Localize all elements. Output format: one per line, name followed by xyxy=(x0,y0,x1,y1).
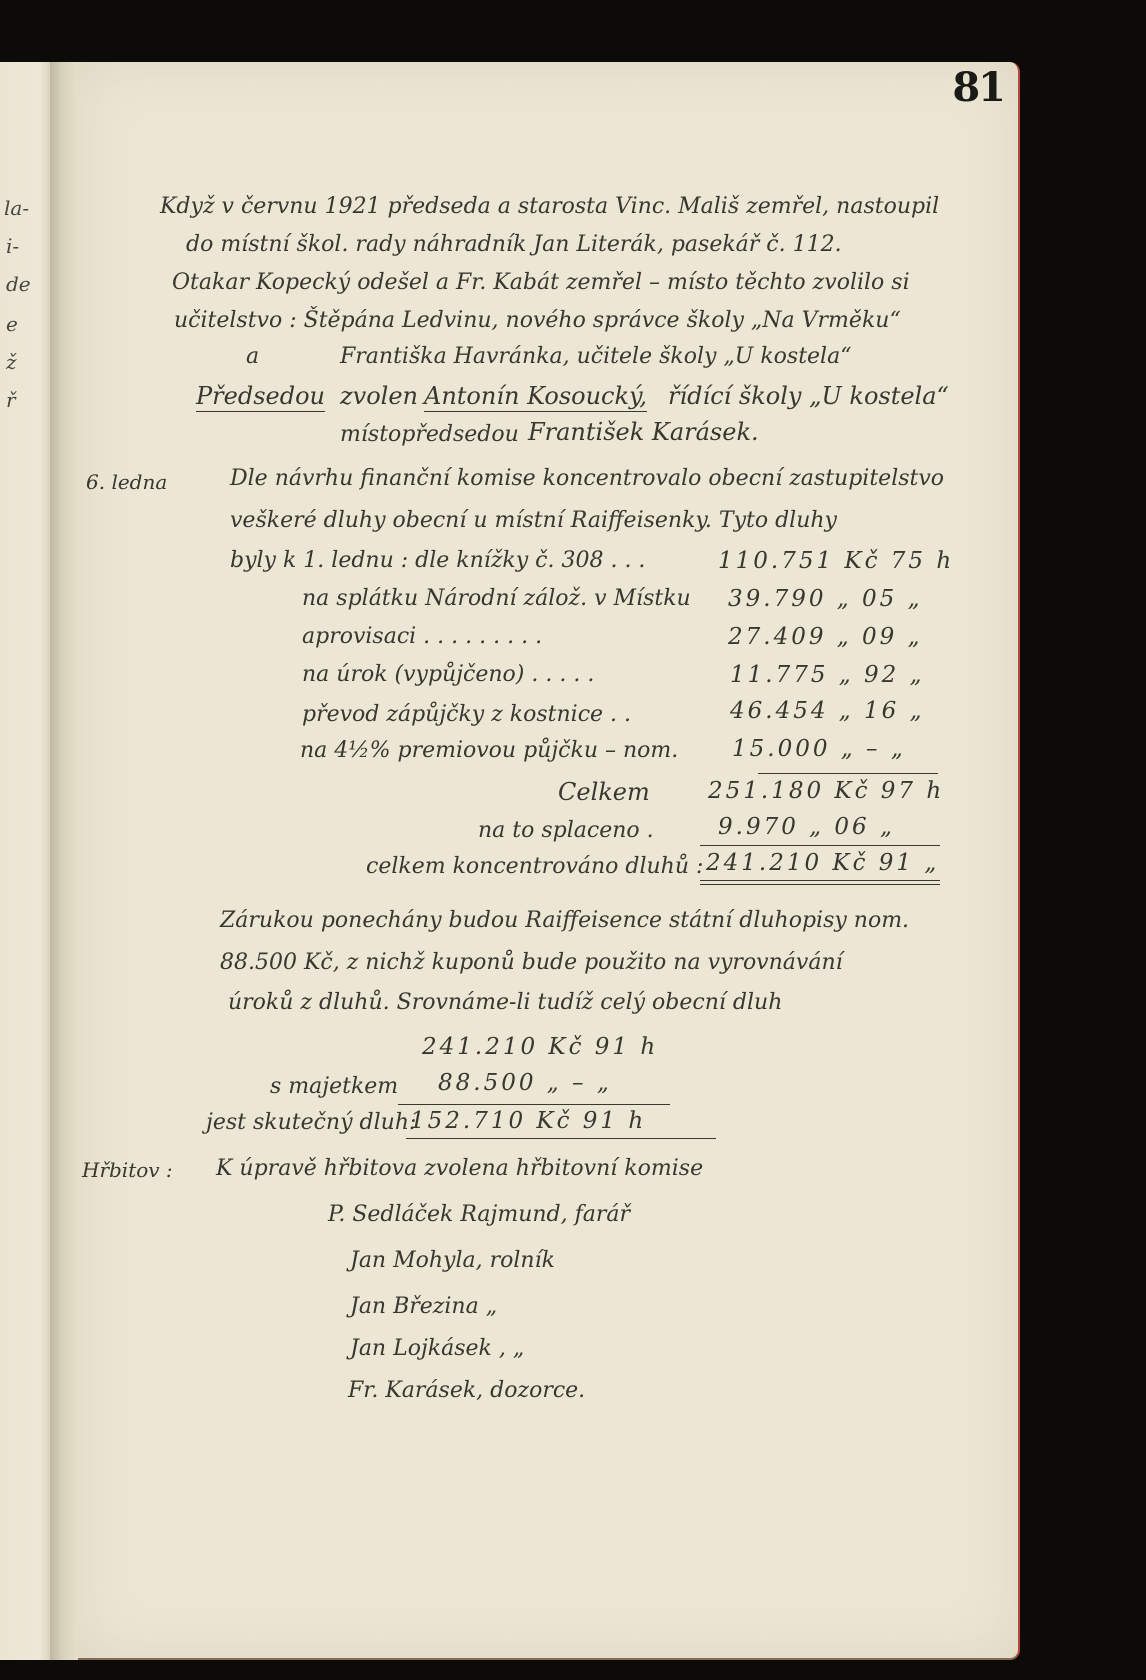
actual-debt-label: jest skutečný dluh: xyxy=(206,1110,416,1135)
left-fragment: i- xyxy=(6,234,19,258)
sum-rule xyxy=(758,773,938,774)
debt-amount: 15.000 „ – „ xyxy=(732,736,906,762)
debt-amount: 39.790 „ 05 „ xyxy=(728,586,923,612)
total-amount: 251.180 Kč 97 h xyxy=(708,778,944,804)
sum-rule xyxy=(398,1104,670,1105)
sum-rule xyxy=(700,880,940,881)
text-line: učitelstvo : Štěpána Ledvinu, nového spr… xyxy=(174,308,901,333)
text-line: Otakar Kopecký odešel a Fr. Kabát zemřel… xyxy=(172,270,910,295)
debt-item-label: převod zápůjčky z kostnice . . xyxy=(302,702,631,727)
margin-cemetery: Hřbitov : xyxy=(82,1158,173,1182)
committee-member: Jan Březina „ xyxy=(350,1294,497,1319)
chairman-label: Předsedou xyxy=(196,382,325,412)
left-fragment: e xyxy=(6,312,18,336)
debt-item-label: na úrok (vypůjčeno) . . . . . xyxy=(302,662,594,687)
left-fragment: la- xyxy=(4,196,29,220)
calc-debt: 241.210 Kč 91 h xyxy=(422,1034,658,1060)
text-line: úroků z dluhů. Srovnáme-li tudíž celý ob… xyxy=(228,990,782,1015)
sum-rule xyxy=(700,884,940,885)
text-line: Dle návrhu finanční komise koncentrovalo… xyxy=(230,466,944,491)
debt-item-label: na 4½% premiovou půjčku – nom. xyxy=(300,738,678,763)
left-fragment: ž xyxy=(6,350,17,374)
committee-member: P. Sedláček Rajmund, farář xyxy=(328,1202,630,1227)
margin-date: 6. ledna xyxy=(86,470,167,494)
committee-member: Fr. Karásek, dozorce. xyxy=(348,1378,585,1403)
assets-amount: 88.500 „ – „ xyxy=(438,1070,612,1096)
text-line: byly k 1. lednu : dle knížky č. 308 . . … xyxy=(230,548,645,573)
text-line: Když v červnu 1921 předseda a starosta V… xyxy=(160,194,939,219)
committee-member: Jan Mohyla, rolník xyxy=(350,1248,555,1273)
text-line: a xyxy=(246,344,259,369)
total-label: Celkem xyxy=(558,778,650,806)
chairman-role: řídící školy „U kostela“ xyxy=(668,382,949,410)
committee-member: Jan Lojkásek , „ xyxy=(350,1336,524,1361)
concentrated-amount: 241.210 Kč 91 „ xyxy=(706,850,939,876)
document-page: 81 Když v červnu 1921 předseda a starost… xyxy=(78,62,1020,1660)
text-line: K úpravě hřbitova zvolena hřbitovní komi… xyxy=(216,1156,703,1181)
concentrated-label: celkem koncentrováno dluhů : xyxy=(366,854,703,879)
left-fragment: de xyxy=(6,272,31,296)
sum-rule xyxy=(700,845,940,846)
vice-chairman-name: František Karásek. xyxy=(528,418,759,446)
book-gutter xyxy=(50,62,80,1660)
debt-item-label: na splátku Národní zálož. v Místku xyxy=(302,586,691,611)
debt-amount: 46.454 „ 16 „ xyxy=(730,698,925,724)
left-fragment: ř xyxy=(6,388,16,412)
vice-chairman-label: místopředsedou xyxy=(340,422,519,447)
text-line: Františka Havránka, učitele školy „U kos… xyxy=(340,344,851,369)
actual-debt-amount: 152.710 Kč 91 h xyxy=(410,1108,646,1134)
text-line: veškeré dluhy obecní u místní Raiffeisen… xyxy=(230,508,837,533)
debt-amount: 110.751 Kč 75 h xyxy=(718,548,954,574)
text-line: Zárukou ponechány budou Raiffeisence stá… xyxy=(220,908,909,933)
debt-item-label: aprovisaci . . . . . . . . . xyxy=(302,624,542,649)
debt-amount: 11.775 „ 92 „ xyxy=(730,662,925,688)
text-line: 88.500 Kč, z nichž kuponů bude použito n… xyxy=(220,950,843,975)
debt-amount: 27.409 „ 09 „ xyxy=(728,624,923,650)
chairman-verb: zvolen xyxy=(340,382,418,410)
left-page-edge: la- i- de e ž ř xyxy=(0,62,50,1660)
page-number: 81 xyxy=(952,64,1004,111)
text-line: do místní škol. rady náhradník Jan Liter… xyxy=(186,232,842,257)
paid-label: na to splaceno . xyxy=(478,818,654,843)
chairman-name: Antonín Kosoucký, xyxy=(424,382,647,412)
assets-label: s majetkem xyxy=(270,1074,398,1099)
paid-amount: 9.970 „ 06 „ xyxy=(718,814,895,840)
sum-rule xyxy=(406,1138,716,1139)
